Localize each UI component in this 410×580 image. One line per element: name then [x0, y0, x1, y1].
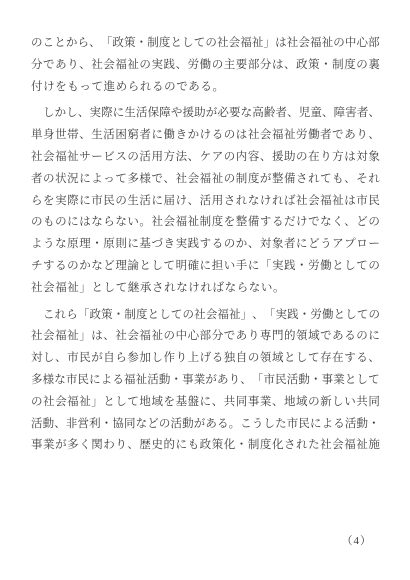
text-line: 付けをもって進められるのである。	[31, 77, 380, 99]
body-text: のことから、「政策・制度としての社会福祉」は社会福祉の中心部分であり、社会福祉の…	[31, 33, 380, 457]
text-line: 者の状況によって多様で、社会福祉の制度が整備されても、それ	[31, 169, 380, 191]
text-line: ような原理・原則に基づき実践するのか、対象者にどうアプロー	[31, 234, 380, 256]
text-line: らを実際に市民の生活に届け、活用されなければ社会福祉は市民	[31, 191, 380, 213]
text-line: 多様な市民による福祉活動・事業があり、「市民活動・事業として	[31, 370, 380, 392]
text-line: 分であり、社会福祉の実践、労働の主要部分は、政策・制度の裏	[31, 55, 380, 77]
text-line: 活動、非営利・協同などの活動がある。こうした市民による活動・	[31, 414, 380, 436]
text-line: 社会福祉サービスの活用方法、ケアの内容、援助の在り方は対象	[31, 147, 380, 169]
text-line: の社会福祉」として地域を基盤に、共同事業、地域の新しい共同	[31, 392, 380, 414]
page-number: （4）	[342, 533, 373, 549]
paragraph: これら「政策・制度としての社会福祉」、「実践・労働としての社会福祉」は、社会福祉…	[31, 305, 380, 458]
paragraph: のことから、「政策・制度としての社会福祉」は社会福祉の中心部分であり、社会福祉の…	[31, 33, 380, 98]
text-line: 事業が多く関わり、歴史的にも政策化・制度化された社会福祉施	[31, 435, 380, 457]
paragraph: しかし、実際に生活保障や援助が必要な高齢者、児童、障害者、単身世帯、生活困窮者に…	[31, 103, 380, 299]
text-line: のことから、「政策・制度としての社会福祉」は社会福祉の中心部	[31, 33, 380, 55]
text-line: チするのかなど理論として明確に担い手に「実践・労働としての	[31, 256, 380, 278]
text-line: これら「政策・制度としての社会福祉」、「実践・労働としての	[31, 305, 380, 327]
document-page: のことから、「政策・制度としての社会福祉」は社会福祉の中心部分であり、社会福祉の…	[0, 0, 410, 580]
text-line: 単身世帯、生活困窮者に働きかけるのは社会福祉労働者であり、	[31, 125, 380, 147]
text-line: しかし、実際に生活保障や援助が必要な高齢者、児童、障害者、	[31, 103, 380, 125]
text-line: 社会福祉」として継承されなければならない。	[31, 278, 380, 300]
text-line: のものにはならない。社会福祉制度を整備するだけでなく、どの	[31, 212, 380, 234]
text-line: 対し、市民が自ら参加し作り上げる独自の領域として存在する、	[31, 348, 380, 370]
text-line: 社会福祉」は、社会福祉の中心部分であり専門的領域であるのに	[31, 326, 380, 348]
